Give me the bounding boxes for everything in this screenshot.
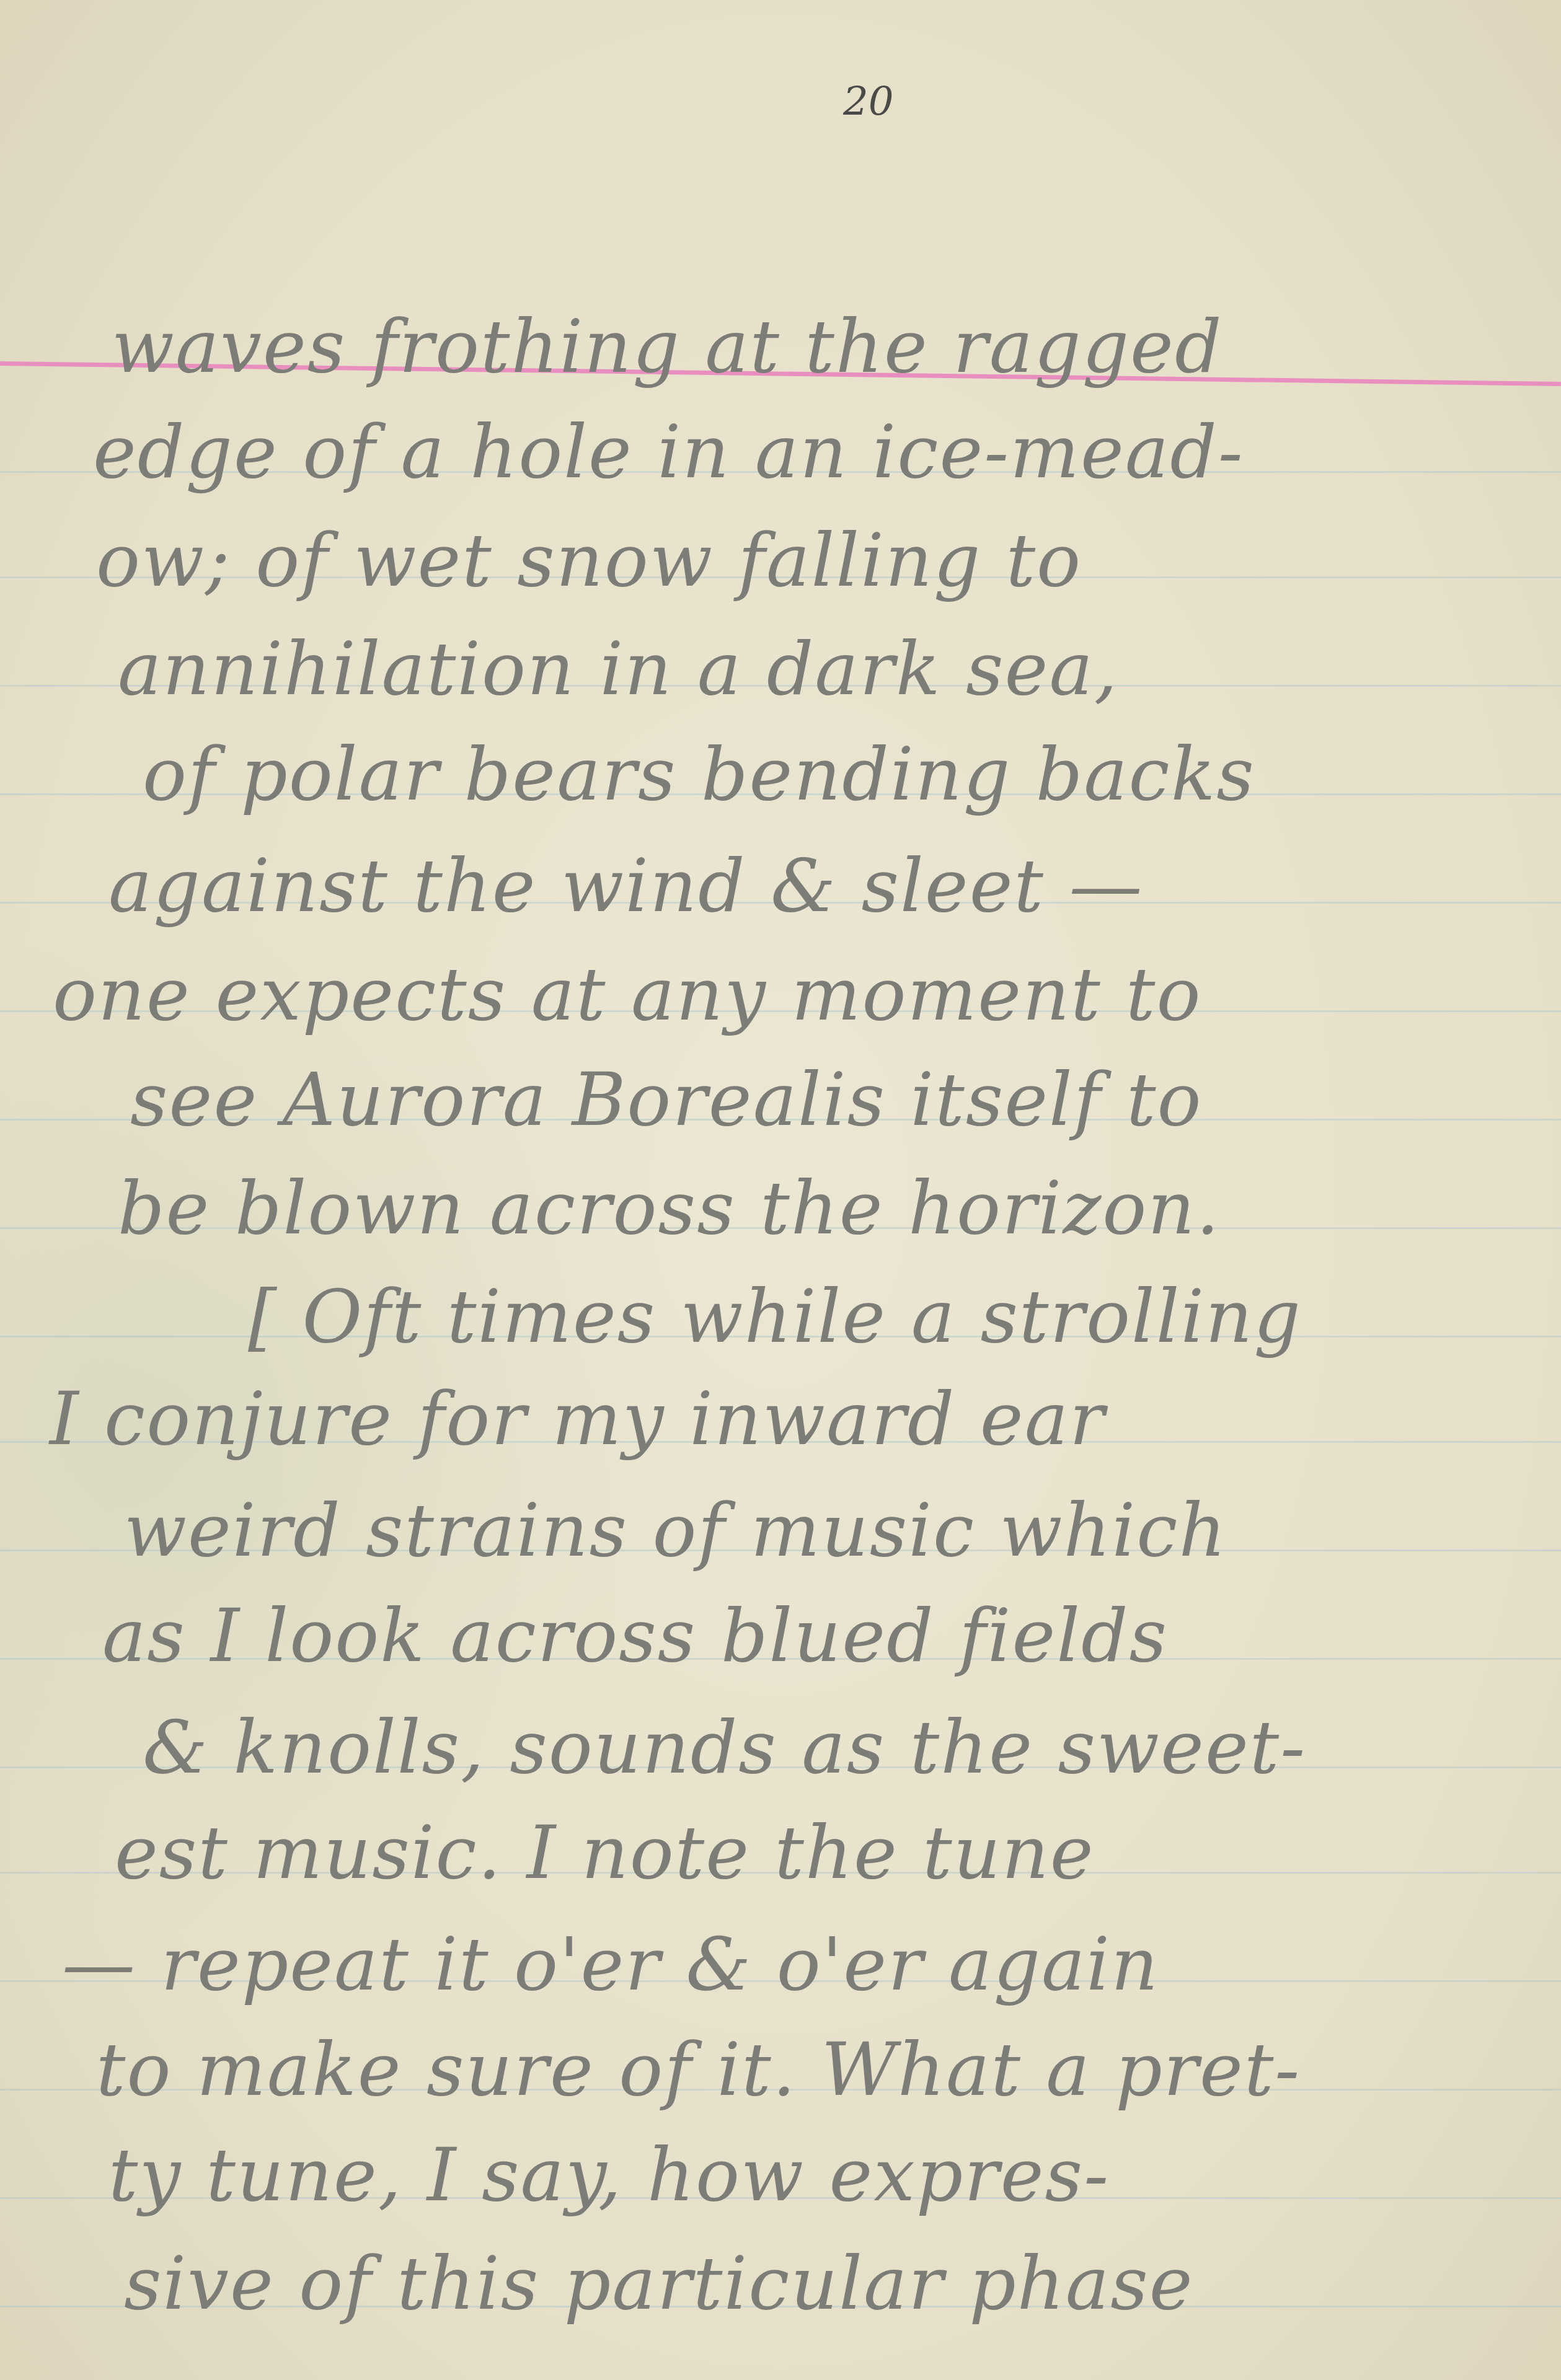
page-number: 20 xyxy=(843,79,893,125)
handwritten-line-3: ow; of wet snow falling to xyxy=(96,524,1561,597)
handwritten-line-13: as I look across blued fields xyxy=(102,1599,1561,1672)
handwritten-line-1: waves frothing at the ragged xyxy=(112,310,1561,383)
handwritten-line-18: ty tune, I say, how expres- xyxy=(108,2138,1561,2211)
handwritten-line-9: be blown across the horizon. xyxy=(118,1171,1561,1245)
handwritten-line-15: est music. I note the tune xyxy=(115,1816,1561,1889)
handwritten-line-14: & knolls, sounds as the sweet- xyxy=(143,1711,1561,1784)
handwritten-line-16: — repeat it o'er & o'er again xyxy=(62,1928,1561,2001)
handwritten-line-17: to make sure of it. What a pret- xyxy=(96,2033,1561,2106)
handwritten-line-5: of polar bears bending backs xyxy=(143,738,1561,811)
handwritten-line-10: [ Oft times while a strolling xyxy=(248,1280,1561,1353)
notebook-page: 20 waves frothing at the ragged edge of … xyxy=(0,0,1561,2380)
handwritten-line-11: I conjure for my inward ear xyxy=(50,1382,1561,1455)
handwritten-line-19: sive of this particular phase xyxy=(124,2247,1561,2320)
handwritten-line-7: one expects at any moment to xyxy=(53,958,1561,1031)
handwritten-line-4: annihilation in a dark sea, xyxy=(118,632,1561,705)
handwritten-line-6: against the wind & sleet — xyxy=(108,849,1561,922)
handwritten-line-2: edge of a hole in an ice-mead- xyxy=(93,415,1561,488)
handwritten-line-12: weird strains of music which xyxy=(124,1494,1561,1567)
handwritten-line-8: see Aurora Borealis itself to xyxy=(130,1063,1561,1136)
